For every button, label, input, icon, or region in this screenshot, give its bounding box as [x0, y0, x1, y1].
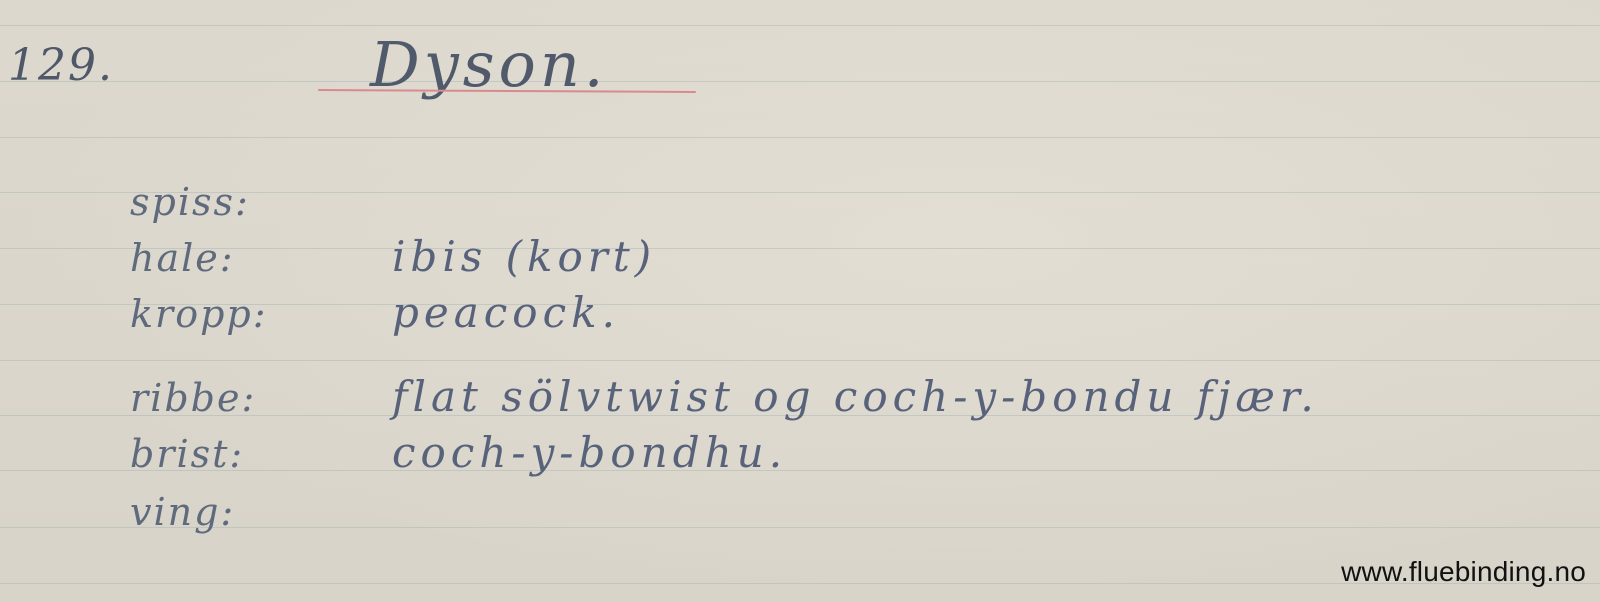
field-value-kropp: peacock.	[392, 288, 620, 337]
field-label-hale: hale:	[130, 236, 235, 280]
watermark-url: www.fluebinding.no	[1341, 556, 1586, 588]
field-label-ribbe: ribbe:	[130, 376, 256, 420]
field-label-ving: ving:	[130, 490, 235, 534]
field-label-spiss: spiss:	[130, 180, 250, 224]
notebook-page: 129. Dyson. spiss: hale: ibis (kort) kro…	[0, 0, 1600, 602]
field-value-brist: coch-y-bondhu.	[392, 428, 787, 477]
entry-number: 129.	[8, 40, 114, 91]
field-label-brist: brist:	[130, 432, 244, 476]
ruled-line	[0, 248, 1600, 249]
ruled-line	[0, 137, 1600, 138]
field-label-kropp: kropp:	[130, 292, 268, 336]
ruled-line	[0, 25, 1600, 26]
ruled-line	[0, 360, 1600, 361]
field-value-ribbe: flat sölvtwist og coch-y-bondu fjær.	[392, 372, 1319, 421]
ruled-line	[0, 527, 1600, 528]
ruled-line	[0, 81, 1600, 82]
field-value-hale: ibis (kort)	[392, 232, 656, 281]
